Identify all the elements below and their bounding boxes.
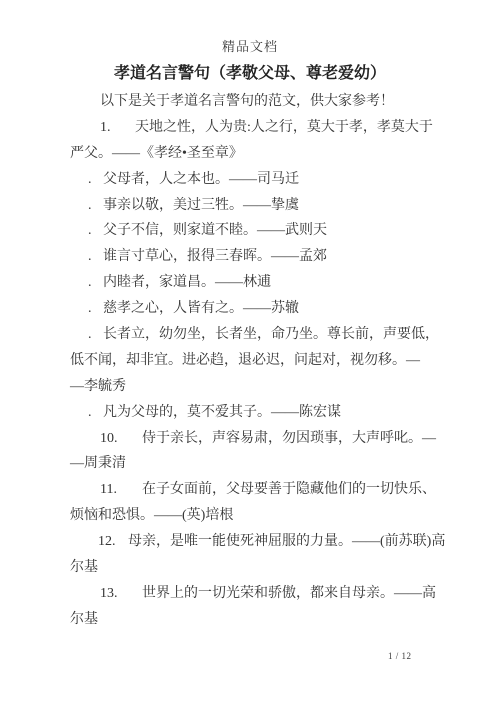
quote-text: 在子女面前，父母要善于隐藏他们的一切快乐、 [142, 482, 436, 497]
quote-text: —周秉清 [70, 456, 126, 471]
quote-line: .父母者，人之本也。——司马迁 [70, 167, 436, 193]
quote-line: 尔基 [70, 555, 436, 581]
quote-line: .父子不信，则家道不睦。——武则天 [70, 218, 436, 244]
quote-text: 天地之性，人为贵:人之行，莫大于孝，孝莫大于 [135, 120, 433, 135]
quote-text: 母亲，是唯一能使死神屈服的力量。——(前苏联)高 [128, 534, 445, 549]
quote-line: .凡为父母的，莫不爱其子。——陈宏谋 [70, 400, 436, 426]
quote-line: —周秉清 [70, 451, 436, 477]
document-watermark-header: 精品文档 [0, 36, 500, 55]
quote-line: 1.天地之性，人为贵:人之行，莫大于孝，孝莫大于 [70, 115, 436, 141]
list-marker: 11. [100, 477, 142, 503]
list-marker: . [88, 296, 103, 322]
list-marker: . [88, 167, 103, 193]
quote-line: 12.母亲，是唯一能使死神屈服的力量。——(前苏联)高 [70, 529, 436, 555]
quote-line: 13.世界上的一切光荣和骄傲，都来自母亲。——高 [70, 581, 436, 607]
quote-line: .内睦者，家道昌。——林逋 [70, 270, 436, 296]
list-marker: . [88, 244, 103, 270]
quote-text: —李毓秀 [70, 379, 126, 394]
quote-text: 凡为父母的，莫不爱其子。——陈宏谋 [103, 405, 341, 420]
quote-text: 慈孝之心，人皆有之。——苏辙 [103, 301, 299, 316]
quote-line: .谁言寸草心，报得三春晖。——孟郊 [70, 244, 436, 270]
quote-text: 谁言寸草心，报得三春晖。——孟郊 [103, 249, 327, 264]
quote-text: 事亲以敬，美过三牲。——挚虞 [103, 198, 299, 213]
quote-line: 11.在子女面前，父母要善于隐藏他们的一切快乐、 [70, 477, 436, 503]
quote-line: 尔基 [70, 607, 436, 633]
quote-text: 尔基 [70, 560, 98, 575]
page-number: 1 / 12 [388, 651, 412, 661]
list-marker: . [88, 193, 103, 219]
quote-line: .事亲以敬，美过三牲。——挚虞 [70, 193, 436, 219]
list-marker: 10. [100, 426, 142, 452]
quote-text: 父子不信，则家道不睦。——武则天 [103, 223, 327, 238]
quote-text: 侍于亲长，声容易肃，勿因琐事，大声呼叱。— [142, 431, 436, 446]
list-marker: . [88, 400, 103, 426]
document-body: 以下是关于孝道名言警句的范文，供大家参考！1.天地之性，人为贵:人之行，莫大于孝… [70, 89, 436, 633]
quote-line: .慈孝之心，人皆有之。——苏辙 [70, 296, 436, 322]
quote-line: .长者立，幼勿坐，长者坐，命乃坐。尊长前，声要低， [70, 322, 436, 348]
quote-line: —李毓秀 [70, 374, 436, 400]
list-marker: . [88, 218, 103, 244]
quote-line: 低不闻，却非宜。进必趋，退必迟，问起对，视勿移。— [70, 348, 436, 374]
quote-text: 父母者，人之本也。——司马迁 [103, 172, 299, 187]
quote-text: 世界上的一切光荣和骄傲，都来自母亲。——高 [142, 586, 436, 601]
list-marker: 12. [98, 529, 128, 555]
list-marker: . [88, 322, 103, 348]
quote-text: 内睦者，家道昌。——林逋 [103, 275, 271, 290]
quote-line: 严父。——《孝经•圣至章》 [70, 141, 436, 167]
quote-text: 长者立，幼勿坐，长者坐，命乃坐。尊长前，声要低， [103, 327, 439, 342]
quote-line: 烦恼和恐惧。——(英)培根 [70, 503, 436, 529]
intro-line: 以下是关于孝道名言警句的范文，供大家参考！ [70, 89, 436, 115]
quote-line: 10.侍于亲长，声容易肃，勿因琐事，大声呼叱。— [70, 426, 436, 452]
quote-text: 烦恼和恐惧。——(英)培根 [70, 508, 233, 523]
list-marker: . [88, 270, 103, 296]
document-page: { "page": { "header": "精品文档", "title": "… [0, 0, 500, 707]
quote-text: 尔基 [70, 612, 98, 627]
quote-text: 以下是关于孝道名言警句的范文，供大家参考！ [100, 94, 394, 109]
quote-text: 严父。——《孝经•圣至章》 [70, 146, 243, 161]
quote-text: 低不闻，却非宜。进必趋，退必迟，问起对，视勿移。— [70, 353, 420, 368]
document-title: 孝道名言警句（孝敬父母、尊老爱幼） [0, 60, 500, 83]
list-marker: 1. [100, 115, 135, 141]
list-marker: 13. [100, 581, 142, 607]
